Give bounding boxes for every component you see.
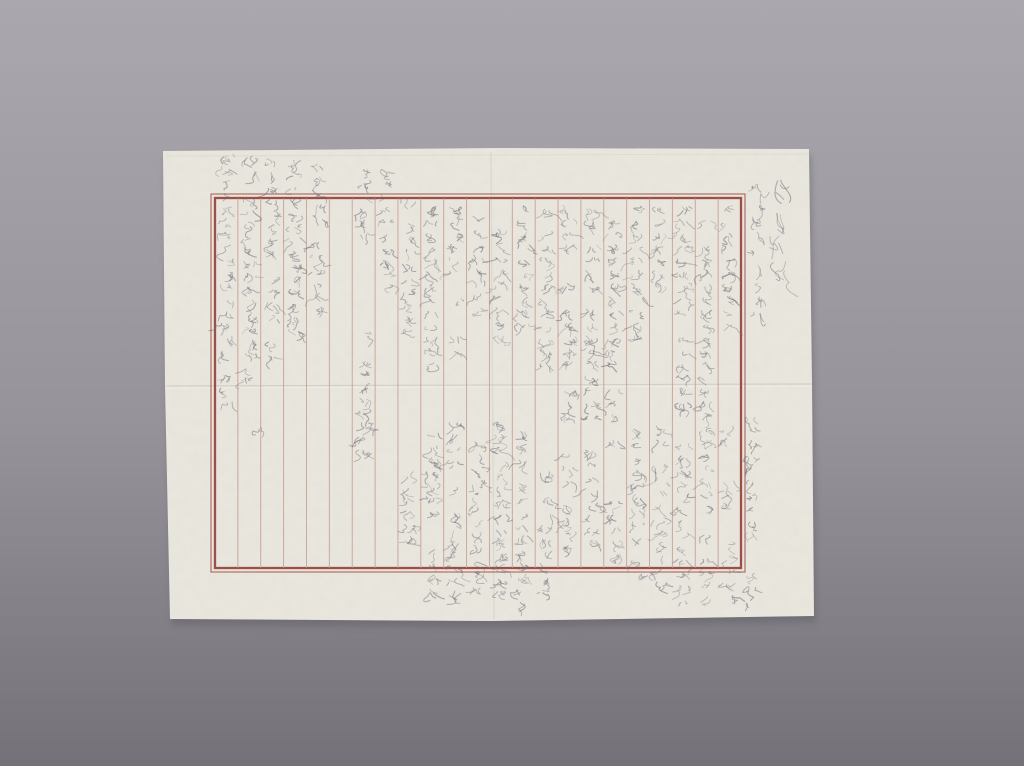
pencil-stroke bbox=[569, 353, 570, 359]
photo-stage: 陸放翁人明果三年四校於青館三行「陽人」二生□□生二行「湖藝」□五千賸□生四行「東… bbox=[0, 0, 1024, 766]
pencil-stroke bbox=[406, 249, 407, 252]
manuscript-photograph: 陸放翁人明果三年四校於青館三行「陽人」二生□□生二行「湖藝」□五千賸□生四行「東… bbox=[0, 0, 1024, 766]
